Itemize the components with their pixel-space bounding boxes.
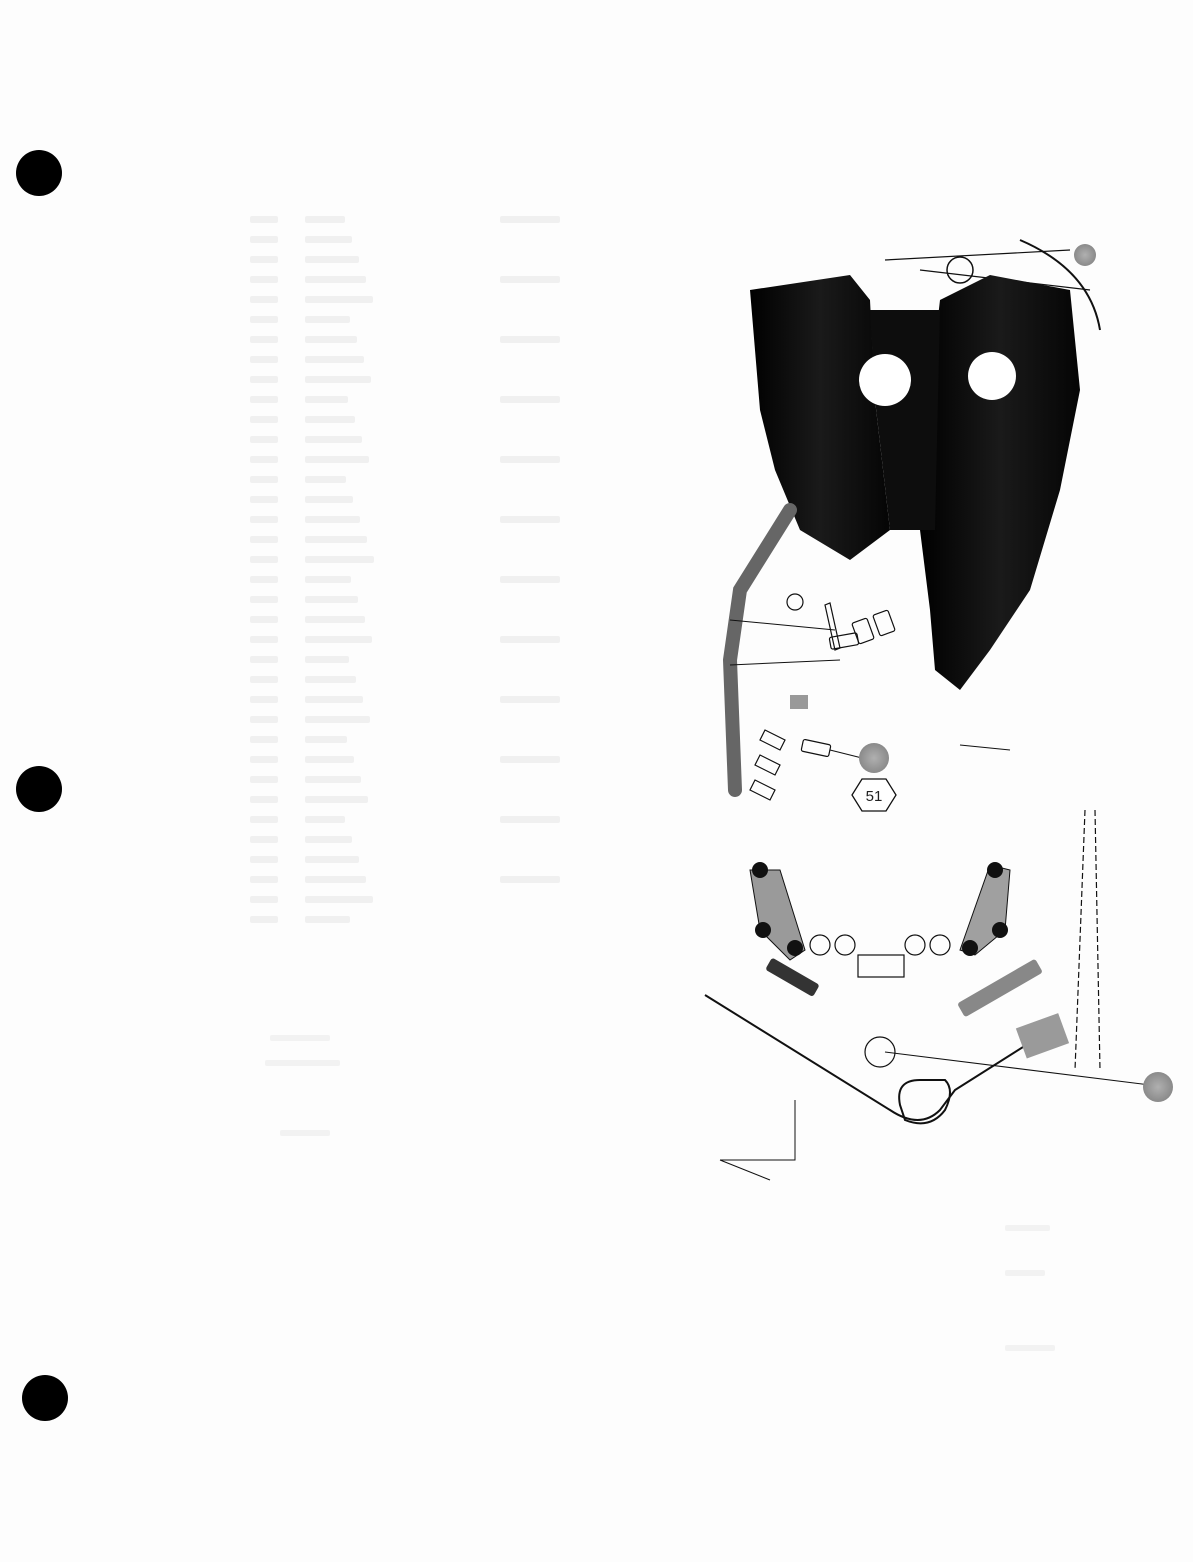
faded-list-row — [250, 890, 610, 910]
faded-list-row — [250, 390, 610, 410]
faded-list-row — [250, 490, 610, 510]
pop-bumper-right — [968, 352, 1016, 400]
target — [873, 610, 896, 636]
faded-list-row — [250, 790, 610, 810]
faded-note — [280, 1130, 330, 1136]
right-flipper-rail — [957, 959, 1043, 1018]
inlane-light — [835, 935, 855, 955]
target — [790, 695, 808, 709]
faded-list-row — [250, 730, 610, 750]
faded-list-row — [250, 810, 610, 830]
faded-list-row — [250, 470, 610, 490]
faded-list-row — [250, 330, 610, 350]
inlane-light — [905, 935, 925, 955]
faded-list-row — [250, 850, 610, 870]
inlane-light — [930, 935, 950, 955]
apron — [899, 1080, 950, 1123]
faded-list-row — [250, 370, 610, 390]
faded-list-row — [250, 830, 610, 850]
shoot-again-insert — [865, 1037, 895, 1067]
faded-list-row — [250, 410, 610, 430]
faded-list-row — [250, 450, 610, 470]
faded-list-row — [250, 550, 610, 570]
faded-list-row — [250, 530, 610, 550]
faded-list-row — [250, 270, 610, 290]
faded-note — [1005, 1225, 1050, 1231]
faded-list-row — [250, 570, 610, 590]
binder-hole — [22, 1375, 68, 1421]
parts-list — [250, 210, 610, 930]
faded-list-row — [250, 230, 610, 250]
faded-note — [265, 1060, 340, 1066]
callout-marker — [1074, 244, 1096, 266]
target — [852, 618, 875, 644]
faded-list-row — [250, 670, 610, 690]
faded-list-row — [250, 870, 610, 890]
faded-note — [1005, 1270, 1045, 1276]
faded-list-row — [250, 710, 610, 730]
faded-list-row — [250, 770, 610, 790]
plunger-block — [1016, 1013, 1069, 1058]
faded-list-row — [250, 310, 610, 330]
callout-marker — [859, 743, 889, 773]
binder-hole — [16, 150, 62, 196]
target — [801, 739, 831, 757]
callout-marker — [1143, 1072, 1173, 1102]
faded-list-row — [250, 350, 610, 370]
faded-list-row — [250, 290, 610, 310]
faded-list-row — [250, 750, 610, 770]
insert-rect — [858, 955, 904, 977]
left-flipper-rail — [765, 957, 820, 997]
callout-number: 51 — [866, 788, 883, 805]
apron-edge — [705, 995, 1050, 1120]
faded-list-row — [250, 650, 610, 670]
faded-list-row — [250, 430, 610, 450]
page-title — [496, 103, 816, 125]
faded-list-row — [250, 630, 610, 650]
faded-list-row — [250, 590, 610, 610]
target — [760, 730, 785, 750]
part-ring — [947, 257, 973, 283]
faded-note — [270, 1035, 330, 1041]
right-ramp-assembly — [920, 275, 1080, 690]
faded-list-row — [250, 690, 610, 710]
inlane-light — [810, 935, 830, 955]
faded-list-row — [250, 210, 610, 230]
target — [829, 633, 859, 650]
faded-list-row — [250, 610, 610, 630]
binder-hole — [16, 766, 62, 812]
lane-light — [787, 594, 803, 610]
target — [825, 603, 840, 650]
left-ramp-assembly — [750, 275, 890, 560]
faded-note — [1005, 1345, 1055, 1351]
pop-bumper-left — [859, 354, 911, 406]
faded-list-row — [250, 250, 610, 270]
target — [750, 780, 775, 800]
faded-list-row — [250, 910, 610, 930]
target — [755, 755, 780, 775]
faded-list-row — [250, 510, 610, 530]
playfield-diagram: 51 — [690, 230, 1190, 1190]
